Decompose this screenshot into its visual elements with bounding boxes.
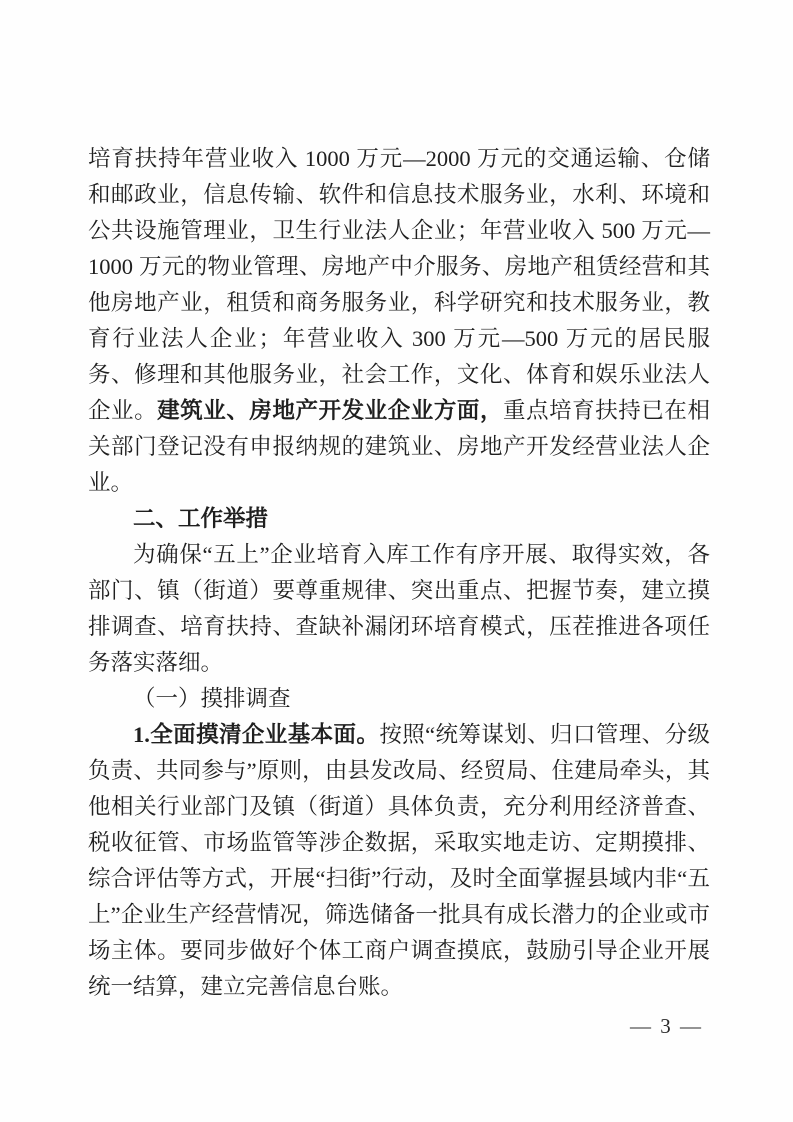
bold-text-run: 二、工作举措 — [133, 506, 268, 531]
heading-section-2: 二、工作举措 — [88, 501, 710, 537]
bold-text-run: 1.全面摸清企业基本面。 — [133, 722, 379, 747]
document-body: 培育扶持年营业收入 1000 万元—2000 万元的交通运输、仓储和邮政业，信息… — [88, 141, 710, 1005]
document-page: 培育扶持年营业收入 1000 万元—2000 万元的交通运输、仓储和邮政业，信息… — [0, 0, 793, 1122]
text-run: 按照“统筹谋划、归口管理、分级负责、共同参与”原则，由县发改局、经贸局、住建局牵… — [88, 722, 710, 999]
heading-subsection-1: （一）摸排调查 — [88, 681, 710, 717]
text-run: 为确保“五上”企业培育入库工作有序开展、取得实效，各部门、镇（街道）要尊重规律、… — [88, 542, 710, 675]
paragraph-item-1: 1.全面摸清企业基本面。按照“统筹谋划、归口管理、分级负责、共同参与”原则，由县… — [88, 717, 710, 1005]
text-run: 培育扶持年营业收入 1000 万元—2000 万元的交通运输、仓储和邮政业，信息… — [88, 146, 710, 423]
text-run: （一）摸排调查 — [133, 686, 291, 711]
page-number: — 3 — — [630, 1014, 703, 1039]
bold-text-run: 建筑业、房地产开发业企业方面， — [157, 398, 503, 423]
paragraph-continuation: 培育扶持年营业收入 1000 万元—2000 万元的交通运输、仓储和邮政业，信息… — [88, 141, 710, 501]
paragraph-measures-intro: 为确保“五上”企业培育入库工作有序开展、取得实效，各部门、镇（街道）要尊重规律、… — [88, 537, 710, 681]
